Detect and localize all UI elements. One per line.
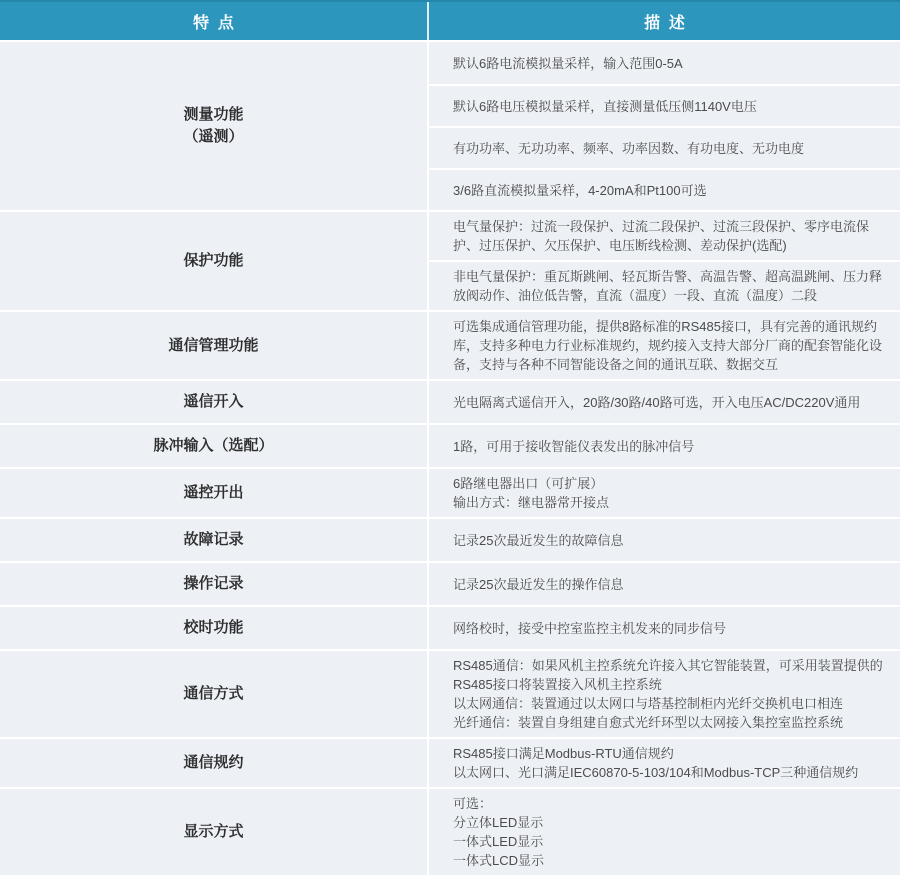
description-column: 可选：分立体LED显示一体式LED显示一体式LCD显示 (429, 789, 900, 875)
feature-row: 通信管理功能可选集成通信管理功能，提供8路标准的RS485接口，具有完善的通讯规… (0, 310, 900, 379)
description-line: 有功功率、无功功率、频率、功率因数、有功电度、无功电度 (453, 139, 890, 158)
feature-row: 操作记录记录25次最近发生的操作信息 (0, 561, 900, 605)
description-column: 记录25次最近发生的操作信息 (429, 563, 900, 605)
description-line: 一体式LED显示 (453, 832, 890, 851)
feature-cell: 遥控开出 (0, 469, 429, 517)
feature-cell: 通信管理功能 (0, 312, 429, 379)
feature-cell: 故障记录 (0, 519, 429, 561)
description-line: 分立体LED显示 (453, 813, 890, 832)
feature-row: 校时功能网络校时，接受中控室监控主机发来的同步信号 (0, 605, 900, 649)
description-cell: 记录25次最近发生的操作信息 (429, 563, 900, 605)
feature-row: 通信规约RS485接口满足Modbus-RTU通信规约以太网口、光口满足IEC6… (0, 737, 900, 787)
description-line: 记录25次最近发生的操作信息 (453, 575, 890, 594)
feature-cell: 保护功能 (0, 212, 429, 310)
description-column: 1路，可用于接收智能仪表发出的脉冲信号 (429, 425, 900, 467)
feature-cell: 脉冲输入（选配） (0, 425, 429, 467)
description-line: RS485接口满足Modbus-RTU通信规约 (453, 744, 890, 763)
feature-row: 测量功能（遥测）默认6路电流模拟量采样，输入范围0-5A默认6路电压模拟量采样，… (0, 40, 900, 210)
description-column: RS485接口满足Modbus-RTU通信规约以太网口、光口满足IEC60870… (429, 739, 900, 787)
description-line: 非电气量保护：重瓦斯跳闸、轻瓦斯告警、高温告警、超高温跳闸、压力释放阀动作、油位… (453, 267, 890, 305)
spec-table: 特点 描述 测量功能（遥测）默认6路电流模拟量采样，输入范围0-5A默认6路电压… (0, 0, 900, 877)
table-body: 测量功能（遥测）默认6路电流模拟量采样，输入范围0-5A默认6路电压模拟量采样，… (0, 40, 900, 875)
description-cell: RS485通信：如果风机主控系统允许接入其它智能装置，可采用装置提供的RS485… (429, 651, 900, 737)
description-column: 默认6路电流模拟量采样，输入范围0-5A默认6路电压模拟量采样，直接测量低压侧1… (429, 42, 900, 210)
description-column: 6路继电器出口（可扩展）输出方式：继电器常开接点 (429, 469, 900, 517)
description-cell: 6路继电器出口（可扩展）输出方式：继电器常开接点 (429, 469, 900, 517)
feature-label: 显示方式 (183, 821, 243, 843)
feature-label: 操作记录 (183, 573, 243, 595)
description-cell: 3/6路直流模拟量采样，4-20mA和Pt100可选 (429, 168, 900, 210)
description-line: 6路继电器出口（可扩展） (453, 474, 890, 493)
description-line: 默认6路电压模拟量采样，直接测量低压侧1140V电压 (453, 97, 890, 116)
description-column: 光电隔离式遥信开入，20路/30路/40路可选，开入电压AC/DC220V通用 (429, 381, 900, 423)
description-line: 电气量保护：过流一段保护、过流二段保护、过流三段保护、零序电流保护、过压保护、欠… (453, 217, 890, 255)
description-line: 输出方式：继电器常开接点 (453, 493, 890, 512)
description-cell: 记录25次最近发生的故障信息 (429, 519, 900, 561)
description-line: 默认6路电流模拟量采样，输入范围0-5A (453, 54, 890, 73)
description-column: 网络校时，接受中控室监控主机发来的同步信号 (429, 607, 900, 649)
description-line: 以太网口、光口满足IEC60870-5-103/104和Modbus-TCP三种… (453, 763, 890, 782)
feature-cell: 操作记录 (0, 563, 429, 605)
feature-label: 遥信开入 (183, 391, 243, 413)
description-cell: 非电气量保护：重瓦斯跳闸、轻瓦斯告警、高温告警、超高温跳闸、压力释放阀动作、油位… (429, 260, 900, 310)
feature-cell: 显示方式 (0, 789, 429, 875)
description-cell: 默认6路电压模拟量采样，直接测量低压侧1140V电压 (429, 84, 900, 126)
description-line: 光电隔离式遥信开入，20路/30路/40路可选，开入电压AC/DC220V通用 (453, 393, 890, 412)
description-line: 可选集成通信管理功能，提供8路标准的RS485接口，具有完善的通讯规约库，支持多… (453, 317, 890, 374)
header-description-column: 描述 (429, 2, 900, 40)
feature-label: 通信方式 (183, 683, 243, 705)
feature-label: 校时功能 (183, 617, 243, 639)
description-line: 以太网通信：装置通过以太网口与塔基控制柜内光纤交换机电口相连 (453, 694, 890, 713)
description-cell: 电气量保护：过流一段保护、过流二段保护、过流三段保护、零序电流保护、过压保护、欠… (429, 212, 900, 260)
feature-row: 遥控开出6路继电器出口（可扩展）输出方式：继电器常开接点 (0, 467, 900, 517)
description-line: 网络校时，接受中控室监控主机发来的同步信号 (453, 619, 890, 638)
description-cell: 1路，可用于接收智能仪表发出的脉冲信号 (429, 425, 900, 467)
feature-row: 故障记录记录25次最近发生的故障信息 (0, 517, 900, 561)
description-column: 记录25次最近发生的故障信息 (429, 519, 900, 561)
feature-label: 故障记录 (183, 529, 243, 551)
description-line: 记录25次最近发生的故障信息 (453, 531, 890, 550)
description-cell: 可选：分立体LED显示一体式LED显示一体式LCD显示 (429, 789, 900, 875)
feature-cell: 校时功能 (0, 607, 429, 649)
feature-label: 遥控开出 (183, 482, 243, 504)
feature-label: 保护功能 (183, 250, 243, 272)
description-line: 光纤通信：装置自身组建自愈式光纤环型以太网接入集控室监控系统 (453, 713, 890, 732)
feature-cell: 测量功能（遥测） (0, 42, 429, 210)
header-feature-column: 特点 (0, 2, 429, 40)
description-cell: 网络校时，接受中控室监控主机发来的同步信号 (429, 607, 900, 649)
description-line: 可选： (453, 794, 890, 813)
feature-cell: 通信规约 (0, 739, 429, 787)
description-cell: 光电隔离式遥信开入，20路/30路/40路可选，开入电压AC/DC220V通用 (429, 381, 900, 423)
description-line: 3/6路直流模拟量采样，4-20mA和Pt100可选 (453, 181, 890, 200)
feature-row: 脉冲输入（选配）1路，可用于接收智能仪表发出的脉冲信号 (0, 423, 900, 467)
description-column: 可选集成通信管理功能，提供8路标准的RS485接口，具有完善的通讯规约库，支持多… (429, 312, 900, 379)
feature-row: 通信方式RS485通信：如果风机主控系统允许接入其它智能装置，可采用装置提供的R… (0, 649, 900, 737)
feature-label: （遥测） (183, 126, 243, 148)
description-column: 电气量保护：过流一段保护、过流二段保护、过流三段保护、零序电流保护、过压保护、欠… (429, 212, 900, 310)
feature-label: 测量功能 (183, 104, 243, 126)
feature-row: 保护功能电气量保护：过流一段保护、过流二段保护、过流三段保护、零序电流保护、过压… (0, 210, 900, 310)
feature-cell: 通信方式 (0, 651, 429, 737)
feature-row: 显示方式可选：分立体LED显示一体式LED显示一体式LCD显示 (0, 787, 900, 875)
description-line: 1路，可用于接收智能仪表发出的脉冲信号 (453, 437, 890, 456)
feature-label: 通信管理功能 (168, 335, 258, 357)
table-header: 特点 描述 (0, 0, 900, 40)
description-cell: 可选集成通信管理功能，提供8路标准的RS485接口，具有完善的通讯规约库，支持多… (429, 312, 900, 379)
feature-label: 通信规约 (183, 752, 243, 774)
feature-row: 遥信开入光电隔离式遥信开入，20路/30路/40路可选，开入电压AC/DC220… (0, 379, 900, 423)
description-cell: 默认6路电流模拟量采样，输入范围0-5A (429, 42, 900, 84)
description-line: 一体式LCD显示 (453, 851, 890, 870)
description-cell: 有功功率、无功功率、频率、功率因数、有功电度、无功电度 (429, 126, 900, 168)
description-line: RS485通信：如果风机主控系统允许接入其它智能装置，可采用装置提供的RS485… (453, 656, 890, 694)
description-cell: RS485接口满足Modbus-RTU通信规约以太网口、光口满足IEC60870… (429, 739, 900, 787)
description-column: RS485通信：如果风机主控系统允许接入其它智能装置，可采用装置提供的RS485… (429, 651, 900, 737)
feature-cell: 遥信开入 (0, 381, 429, 423)
feature-label: 脉冲输入（选配） (153, 435, 273, 457)
